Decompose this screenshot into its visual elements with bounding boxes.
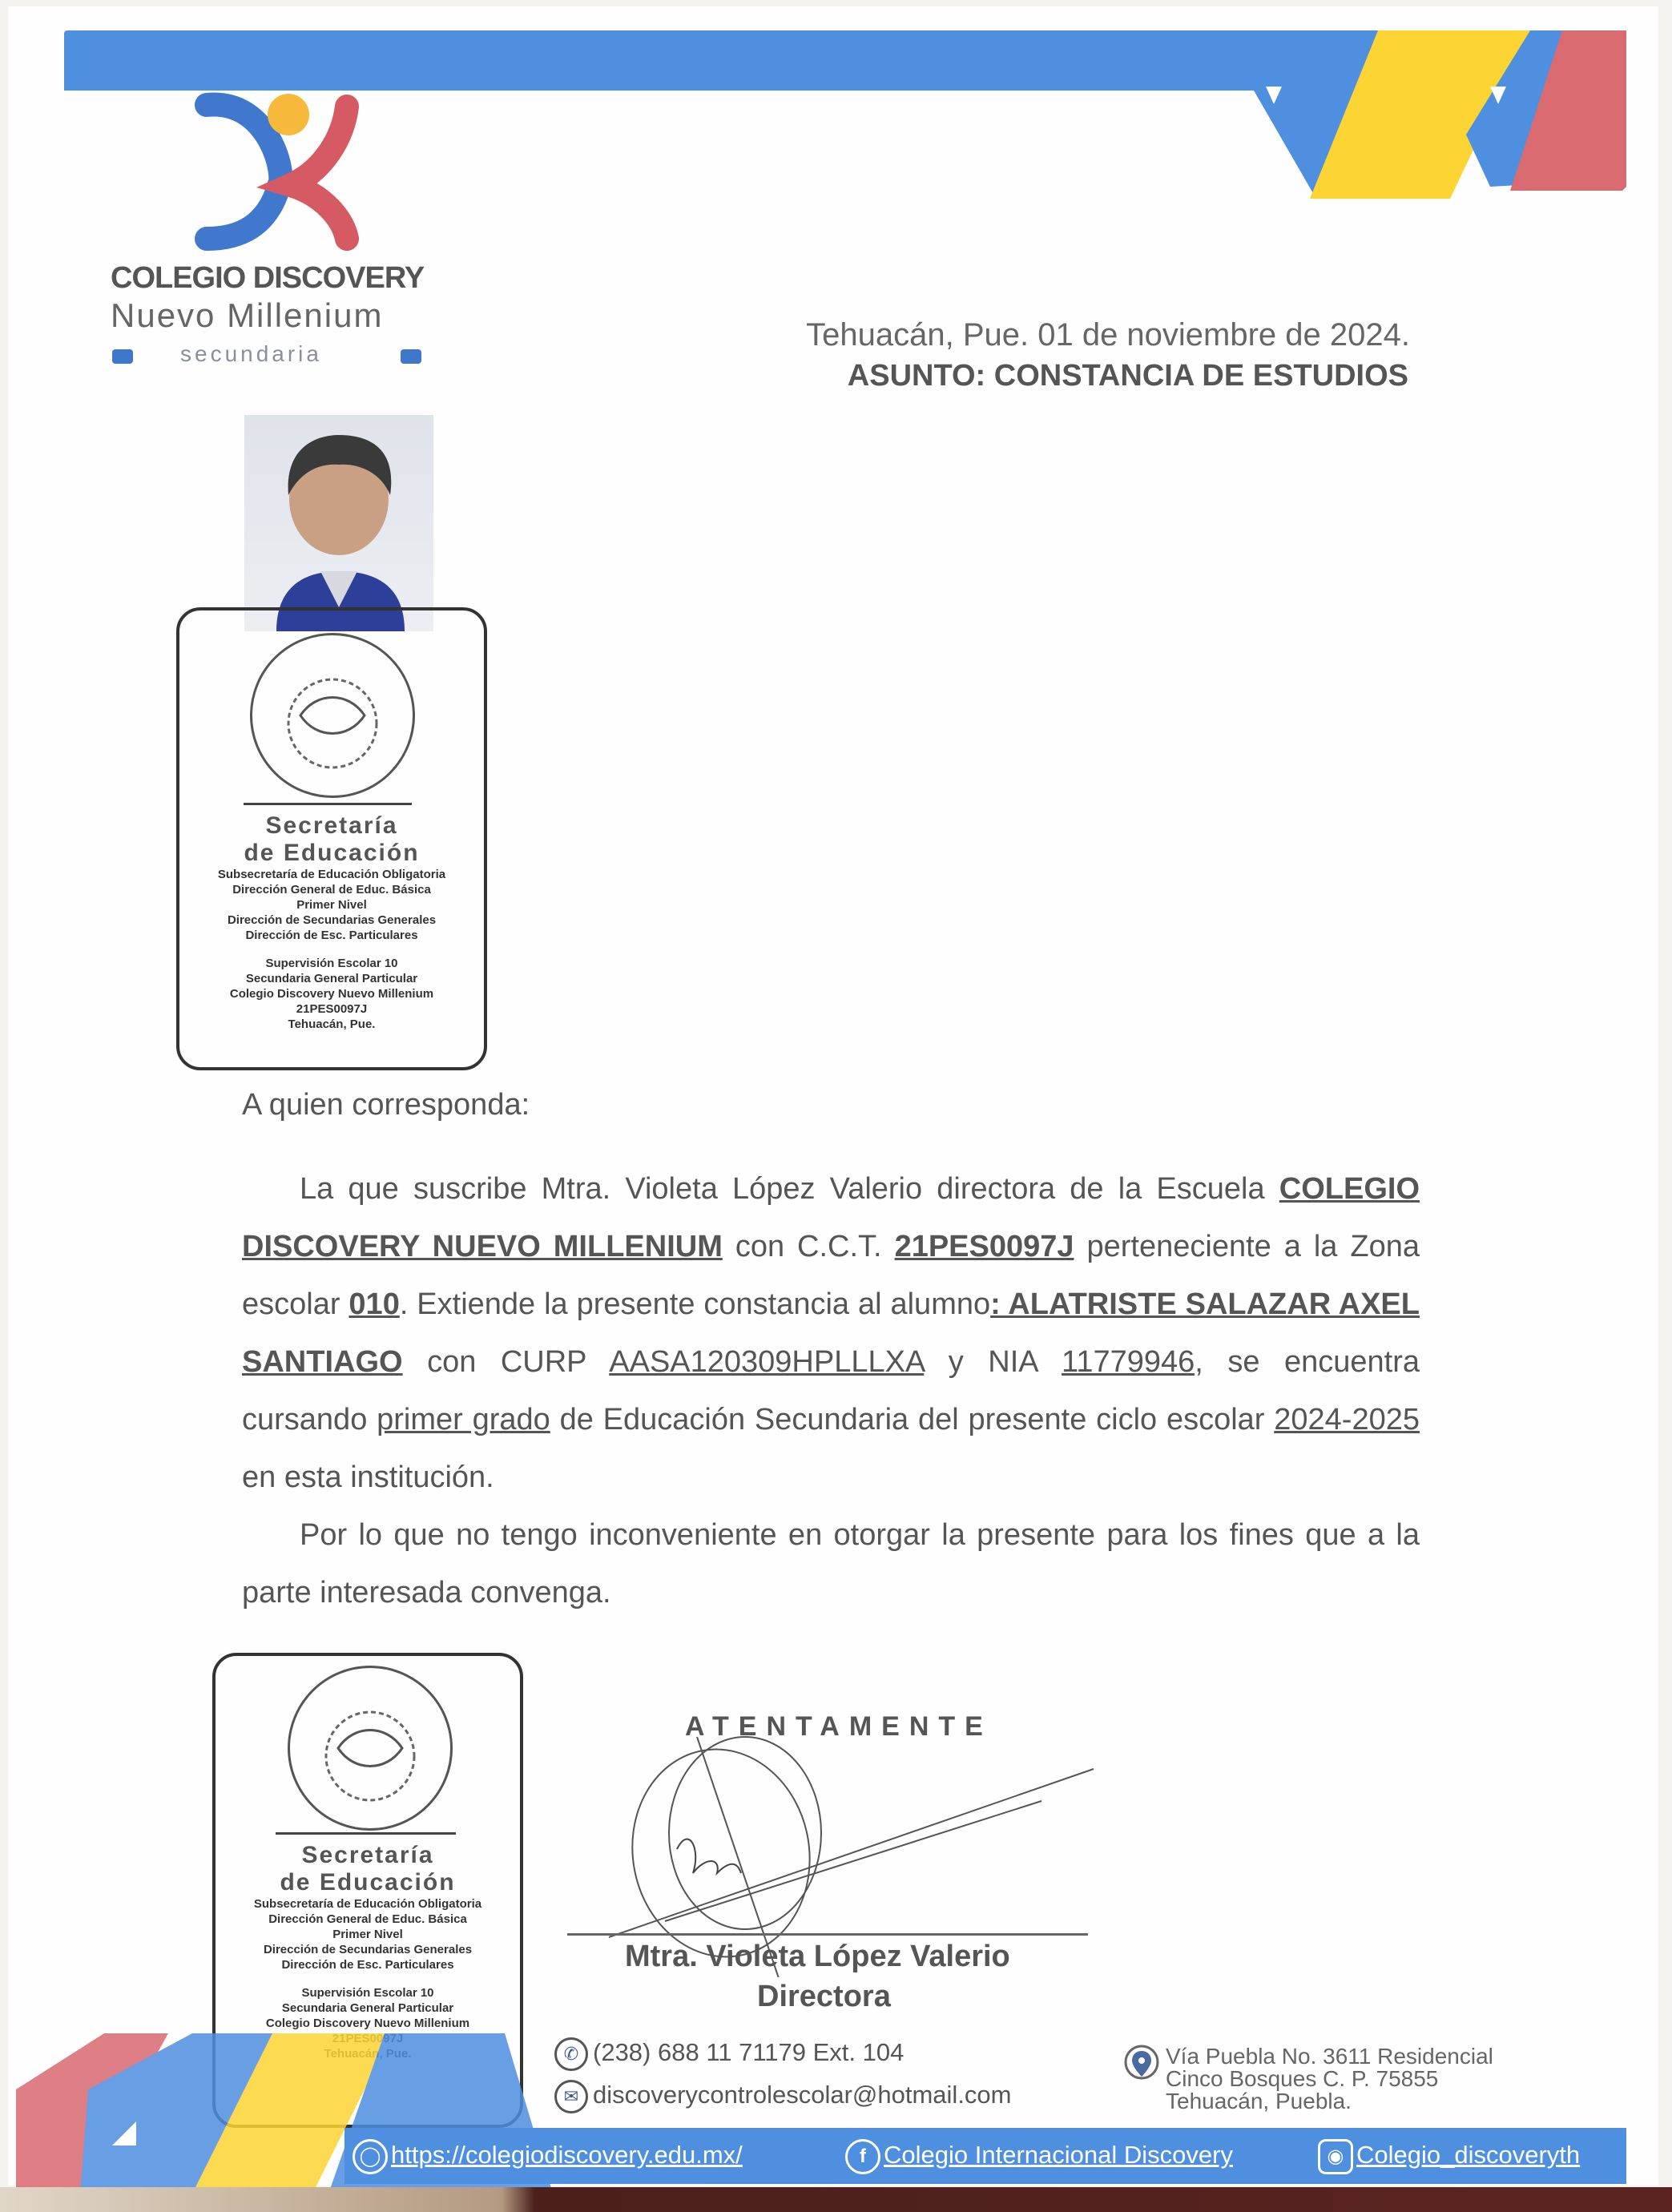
text: . Extiende la presente constancia al alu… <box>400 1287 990 1321</box>
stamp-line: Subsecretaría de Educación Obligatoria <box>179 867 484 882</box>
footer-band: ◯https://colegiodiscovery.edu.mx/ fColeg… <box>344 2128 1626 2184</box>
stamp-line: Supervisión Escolar 10 <box>216 1985 520 2000</box>
school-subname: Nuevo Millenium <box>111 296 383 335</box>
signature-line <box>567 1933 1088 1936</box>
stamp-line: Dirección de Esc. Particulares <box>216 1957 520 1972</box>
text: con CURP <box>403 1345 610 1379</box>
phone-icon: ✆ <box>554 2037 588 2071</box>
signer-title: Directora <box>757 1980 891 2014</box>
place-date: Tehuacán, Pue. 01 de noviembre de 2024. <box>806 317 1410 353</box>
instagram-link[interactable]: ◉Colegio_discoveryth <box>1318 2139 1580 2174</box>
nia: 11779946, <box>1062 1345 1203 1379</box>
stamp-line: Tehuacán, Pue. <box>179 1017 484 1032</box>
stamp-line: Subsecretaría de Educación Obligatoria <box>216 1896 520 1912</box>
stamp-line: Colegio Discovery Nuevo Millenium <box>216 2016 520 2031</box>
website-link[interactable]: ◯https://colegiodiscovery.edu.mx/ <box>353 2139 743 2174</box>
stamp-line: Dirección General de Educ. Básica <box>216 1912 520 1927</box>
stamp-line: Supervisión Escolar 10 <box>179 956 484 971</box>
facebook-link[interactable]: fColegio Internacional Discovery <box>845 2139 1233 2174</box>
logo-square-right <box>401 349 421 364</box>
contact-phone: ✆(238) 688 11 71179 Ext. 104 <box>554 2037 904 2071</box>
stamp-title-2: de Educación <box>179 840 484 867</box>
email-icon: ✉ <box>554 2080 588 2113</box>
facebook-name[interactable]: Colegio Internacional Discovery <box>884 2141 1233 2169</box>
mexico-seal-icon <box>288 1666 453 1831</box>
body-paragraph-2: Por lo que no tengo inconveniente en oto… <box>242 1506 1420 1622</box>
instagram-handle[interactable]: Colegio_discoveryth <box>1356 2141 1580 2169</box>
stamp-line: Dirección de Secundarias Generales <box>179 913 484 928</box>
cct-code: 21PES0097J <box>895 1230 1074 1263</box>
logo-square-left <box>112 349 133 364</box>
text: en esta institución. <box>242 1461 494 1494</box>
stamp-line: Primer Nivel <box>216 1927 520 1942</box>
address: Vía Puebla No. 3611 Residencial Cinco Bo… <box>1166 2045 1493 2113</box>
school-name: COLEGIO DISCOVERY <box>111 261 424 296</box>
school-zone: 010 <box>349 1287 399 1321</box>
school-level: secundaria <box>180 341 322 367</box>
stamp-line: Secundaria General Particular <box>216 2000 520 2016</box>
address-line: Vía Puebla No. 3611 Residencial <box>1166 2045 1493 2068</box>
header-stripes-decoration <box>1114 30 1626 223</box>
official-stamp-top: Secretaría de Educación Subsecretaría de… <box>176 607 487 1070</box>
text: y NIA <box>924 1345 1062 1379</box>
globe-icon: ◯ <box>353 2139 388 2174</box>
phone-number: (238) 688 11 71179 Ext. 104 <box>593 2038 904 2066</box>
subject-line: ASUNTO: CONSTANCIA DE ESTUDIOS <box>848 359 1408 393</box>
handwritten-signature <box>561 1721 1106 1977</box>
text: de Educación Secundaria del presente cic… <box>550 1403 1274 1436</box>
website-url[interactable]: https://colegiodiscovery.edu.mx/ <box>391 2141 743 2169</box>
stamp-line: Dirección de Esc. Particulares <box>179 928 484 943</box>
text: con C.C.T. <box>723 1230 895 1263</box>
text: Por lo que no tengo inconveniente en oto… <box>242 1518 1420 1610</box>
body-paragraph-1: La que suscribe Mtra. Violeta López Vale… <box>242 1160 1420 1506</box>
text: La que suscribe Mtra. Violeta López Vale… <box>300 1172 1279 1206</box>
map-pin-icon <box>1123 2041 1160 2093</box>
table-surface-background <box>0 2187 1672 2212</box>
email-link[interactable]: discoverycontrolescolar@hotmail.com <box>593 2081 1012 2109</box>
facebook-icon: f <box>845 2139 880 2174</box>
student-photo <box>244 415 433 631</box>
curp: AASA120309HPLLLXA <box>609 1345 924 1379</box>
stamp-line: 21PES0097J <box>179 1001 484 1017</box>
stamp-line: Primer Nivel <box>179 897 484 913</box>
stamp-line: Dirección General de Educ. Básica <box>179 882 484 897</box>
stamp-title-2: de Educación <box>216 1869 520 1896</box>
school-cycle: 2024-2025 <box>1274 1403 1420 1436</box>
stamp-title-1: Secretaría <box>179 812 484 840</box>
instagram-icon: ◉ <box>1318 2139 1353 2174</box>
address-line: Tehuacán, Puebla. <box>1166 2090 1493 2113</box>
stamp-line: Dirección de Secundarias Generales <box>216 1942 520 1957</box>
signer-name: Mtra. Violeta López Valerio <box>625 1940 1010 1974</box>
mexico-seal-icon <box>250 633 415 798</box>
greeting: A quien corresponda: <box>242 1088 530 1122</box>
grade: primer grado <box>377 1403 550 1436</box>
stamp-line: Colegio Discovery Nuevo Millenium <box>179 986 484 1001</box>
address-line: Cinco Bosques C. P. 75855 <box>1166 2068 1493 2090</box>
school-logo <box>191 91 367 251</box>
contact-email[interactable]: ✉discoverycontrolescolar@hotmail.com <box>554 2080 1012 2113</box>
stamp-line: Secundaria General Particular <box>179 971 484 986</box>
document-page: COLEGIO DISCOVERY Nuevo Millenium secund… <box>8 6 1658 2186</box>
stamp-title-1: Secretaría <box>216 1842 520 1869</box>
